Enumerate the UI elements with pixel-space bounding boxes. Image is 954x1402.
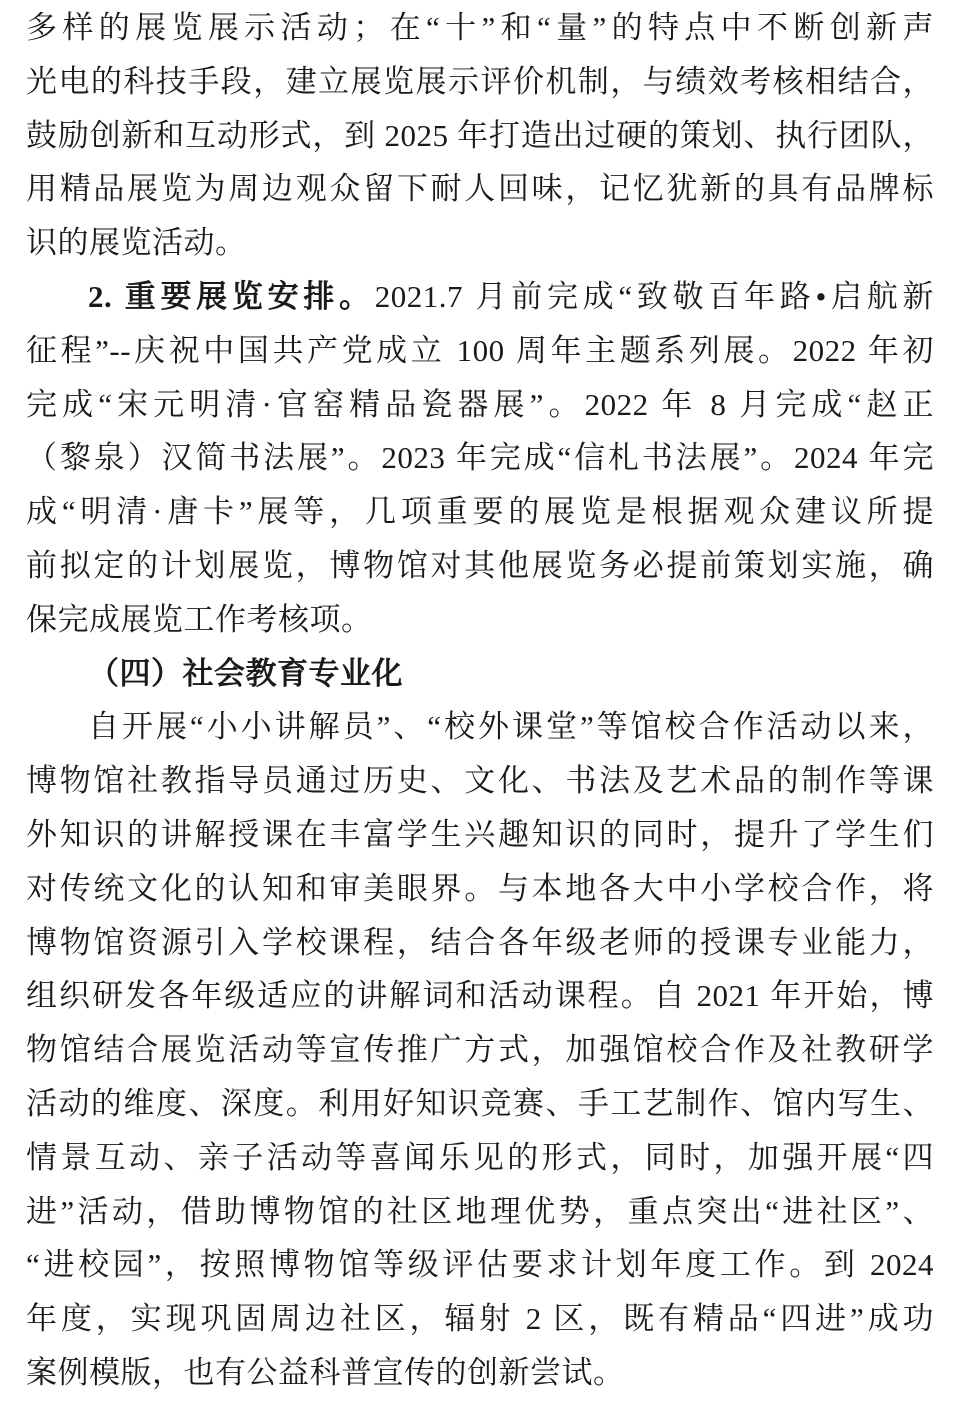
text-line: 案例模版，也有公益科普宣传的创新尝试。 xyxy=(26,1346,934,1400)
text-line: 多样的展览展示活动；在“十”和“量”的特点中不断创新声 xyxy=(26,1,934,55)
text-line: 成“明清·唐卡”展等，几项重要的展览是根据观众建议所提 xyxy=(26,485,934,539)
text-line: 活动的维度、深度。利用好知识竞赛、手工艺制作、馆内写生、 xyxy=(26,1077,934,1131)
text-line: 保完成展览工作考核项。 xyxy=(26,593,934,647)
text-line: 对传统文化的认知和审美眼界。与本地各大中小学校合作，将 xyxy=(26,862,934,916)
text-line: 物馆结合展览活动等宣传推广方式，加强馆校合作及社教研学 xyxy=(26,1023,934,1077)
text-line: 组织研发各年级适应的讲解词和活动课程。自 2021 年开始，博 xyxy=(26,969,934,1023)
paragraph-lead-line: 自开展“小小讲解员”、“校外课堂”等馆校合作活动以来， xyxy=(26,700,934,754)
text-line: 识的展览活动。 xyxy=(26,216,934,270)
section-heading: （四）社会教育专业化 xyxy=(26,647,934,701)
text-line: 鼓励创新和互动形式，到 2025 年打造出过硬的策划、执行团队， xyxy=(26,109,934,163)
text-line: 博物馆资源引入学校课程，结合各年级老师的授课专业能力， xyxy=(26,916,934,970)
text-line: 进”活动，借助博物馆的社区地理优势，重点突出“进社区”、 xyxy=(26,1185,934,1239)
text-line: 外知识的讲解授课在丰富学生兴趣知识的同时，提升了学生们 xyxy=(26,808,934,862)
text-line: 年度，实现巩固周边社区，辐射 2 区，既有精品“四进”成功 xyxy=(26,1292,934,1346)
text-line: 情景互动、亲子活动等喜闻乐见的形式，同时，加强开展“四 xyxy=(26,1131,934,1185)
text-line: 用精品展览为周边观众留下耐人回味，记忆犹新的具有品牌标 xyxy=(26,162,934,216)
paragraph-lead-line: 2. 重要展览安排。2021.7 月前完成“致敬百年路•启航新 xyxy=(26,270,934,324)
numbered-heading-run: 2. 重要展览安排。 xyxy=(88,279,375,314)
text-line: 完成“宋元明清·官窑精品瓷器展”。2022 年 8 月完成“赵正 xyxy=(26,378,934,432)
document-page: 多样的展览展示活动；在“十”和“量”的特点中不断创新声 光电的科技手段，建立展览… xyxy=(0,0,954,1402)
text-run: 2021.7 月前完成“致敬百年路•启航新 xyxy=(375,279,934,314)
text-line: 博物馆社教指导员通过历史、文化、书法及艺术品的制作等课 xyxy=(26,754,934,808)
text-line: 前拟定的计划展览，博物馆对其他展览务必提前策划实施，确 xyxy=(26,539,934,593)
text-line: 征程”--庆祝中国共产党成立 100 周年主题系列展。2022 年初 xyxy=(26,324,934,378)
text-line: （黎泉）汉简书法展”。2023 年完成“信札书法展”。2024 年完 xyxy=(26,431,934,485)
text-line: 光电的科技手段，建立展览展示评价机制，与绩效考核相结合， xyxy=(26,55,934,109)
text-line: “进校园”，按照博物馆等级评估要求计划年度工作。到 2024 xyxy=(26,1238,934,1292)
